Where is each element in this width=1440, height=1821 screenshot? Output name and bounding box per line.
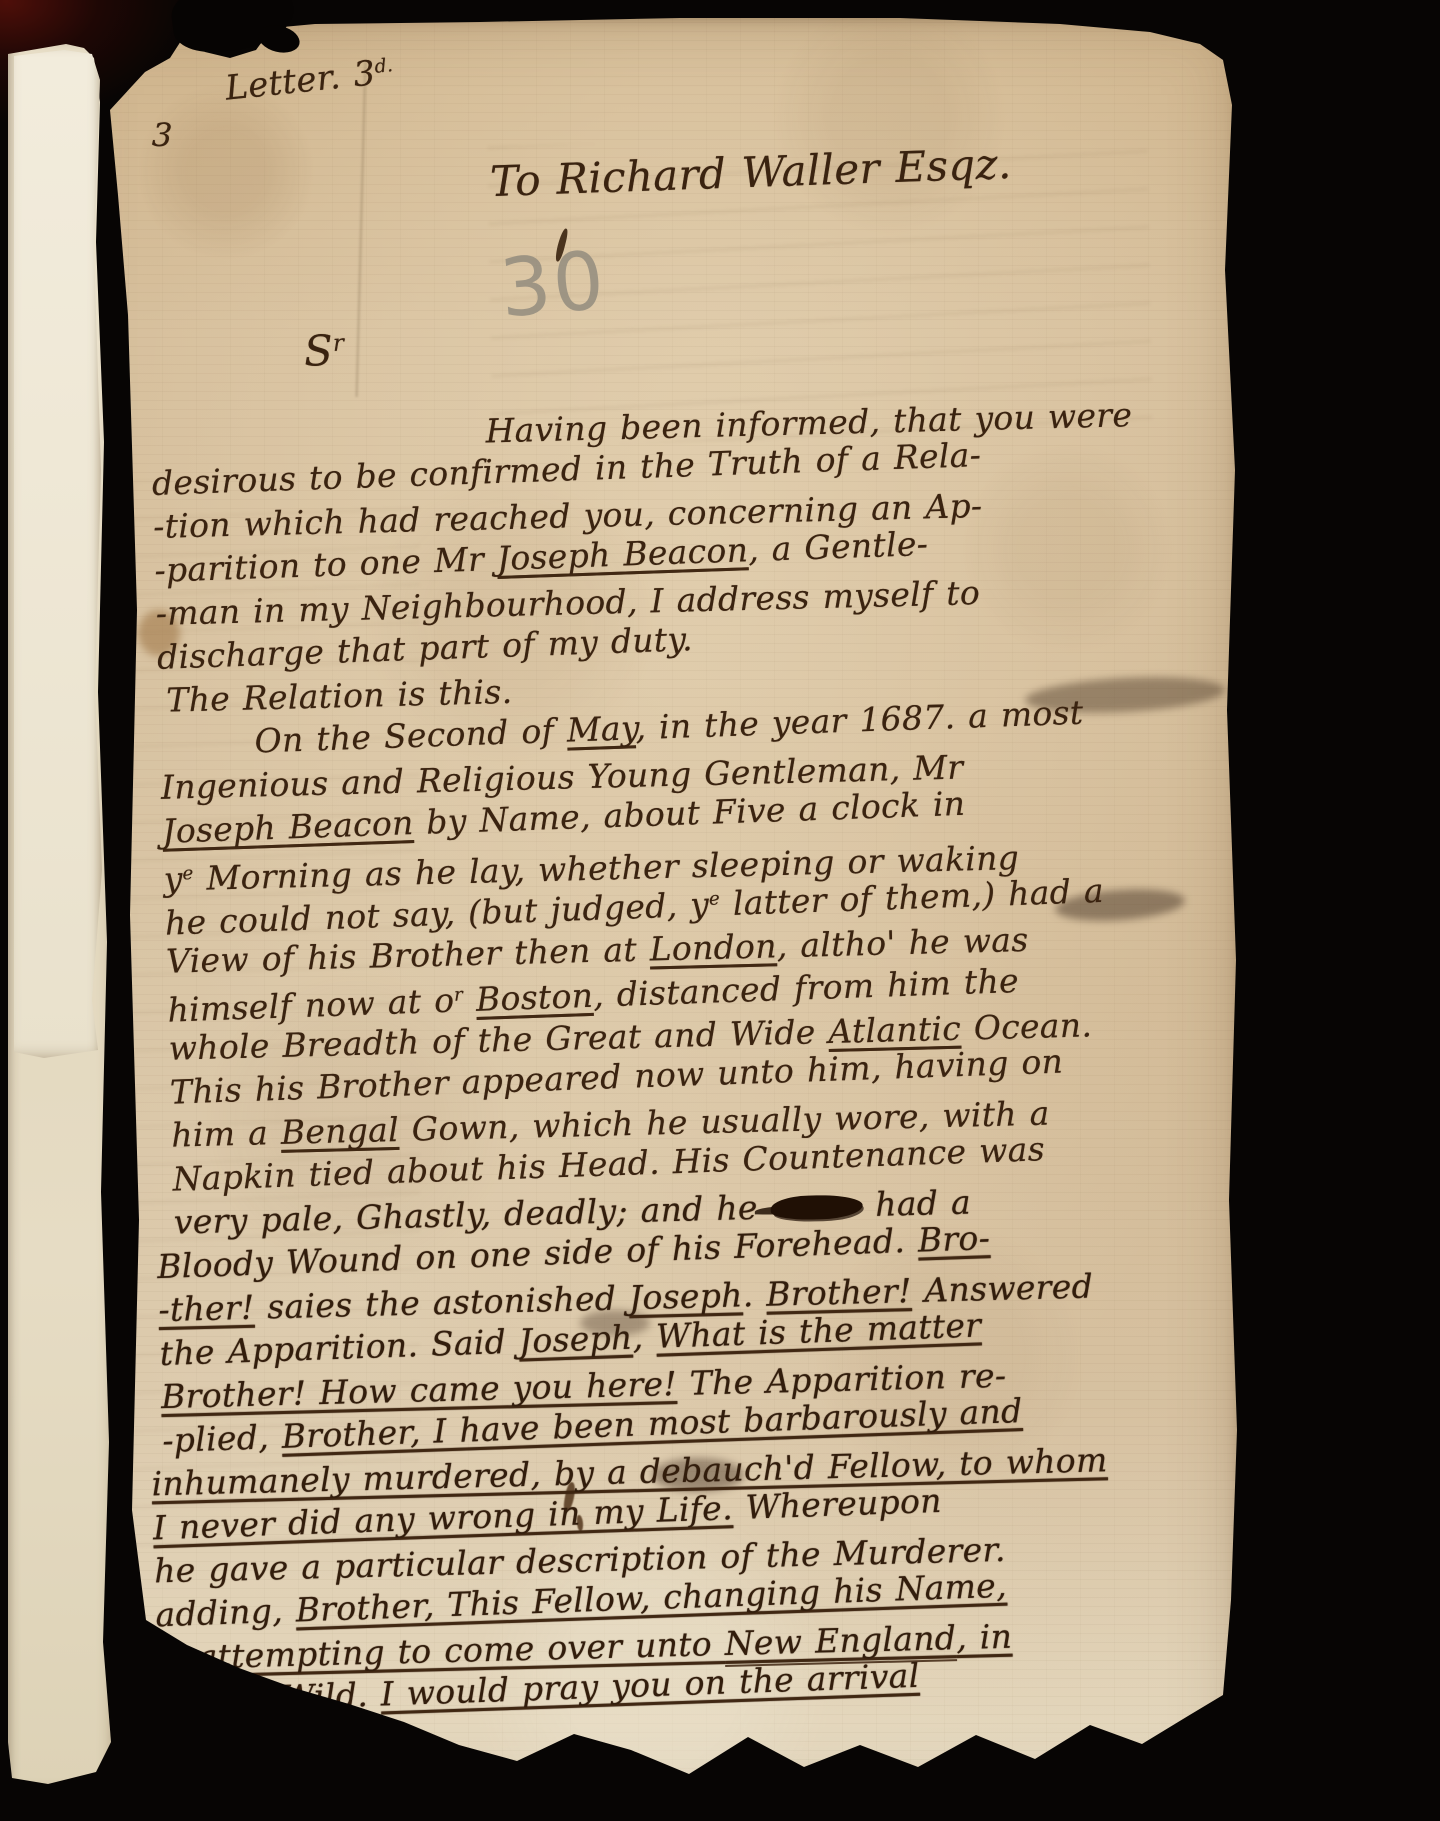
text-segment: y: [163, 859, 183, 898]
text-segment: Joseph Beacon: [162, 803, 415, 851]
text-segment: -plied,: [162, 1416, 283, 1459]
text-segment: , a Gentle-: [747, 523, 928, 568]
text-segment: Joseph Beacon: [496, 530, 749, 578]
text-segment: Bro-: [917, 1218, 991, 1259]
binding-stub-guard: [14, 50, 102, 1060]
text-segment: Foy: [157, 1679, 232, 1721]
text-segment: -parition to one Mr: [154, 538, 498, 589]
text-segment: ,: [632, 1316, 657, 1356]
text-segment: -ther!: [158, 1288, 255, 1329]
text-segment: What is the matter: [655, 1305, 981, 1355]
paper-crease: [356, 62, 367, 397]
text-segment: On the Second of: [254, 710, 568, 760]
text-segment: adding,: [155, 1590, 297, 1634]
text-segment: r: [454, 984, 464, 1005]
text-segment: Joseph: [518, 1317, 633, 1360]
text-segment: May: [566, 708, 636, 749]
text-segment: Joseph: [628, 1275, 743, 1317]
page-sheet: Letter. 3d. 3 To Richard Waller Esqz. 30…: [60, 10, 1245, 1805]
letter-label-ordinal: d.: [374, 55, 395, 78]
pencil-number: 30: [496, 234, 609, 336]
text-segment: Bengal: [280, 1110, 399, 1152]
letter-label: Letter. 3d.: [223, 51, 395, 108]
text-segment: .: [742, 1275, 767, 1315]
text-segment: Whereupon: [732, 1480, 942, 1526]
salutation-sup: r: [332, 330, 344, 356]
letter-body: Having been informed, that you weredesir…: [150, 387, 1228, 1722]
letter-label-main: Letter. 3: [223, 53, 377, 109]
salutation-main: S: [303, 326, 334, 376]
text-segment: latter of them,) had a: [719, 870, 1104, 922]
salutation: Sr: [303, 325, 345, 375]
text-segment: Wild.: [267, 1674, 381, 1717]
text-segment: or: [231, 1678, 269, 1718]
manuscript-scan: Letter. 3d. 3 To Richard Waller Esqz. 30…: [0, 0, 1440, 1821]
ink-blot: [770, 1194, 863, 1220]
text-segment: him a: [171, 1113, 282, 1155]
margin-page-number: 3: [151, 116, 173, 155]
text-segment: e: [182, 863, 194, 884]
letter-heading: To Richard Waller Esqz.: [489, 139, 1012, 206]
text-segment: Boston: [475, 975, 594, 1018]
